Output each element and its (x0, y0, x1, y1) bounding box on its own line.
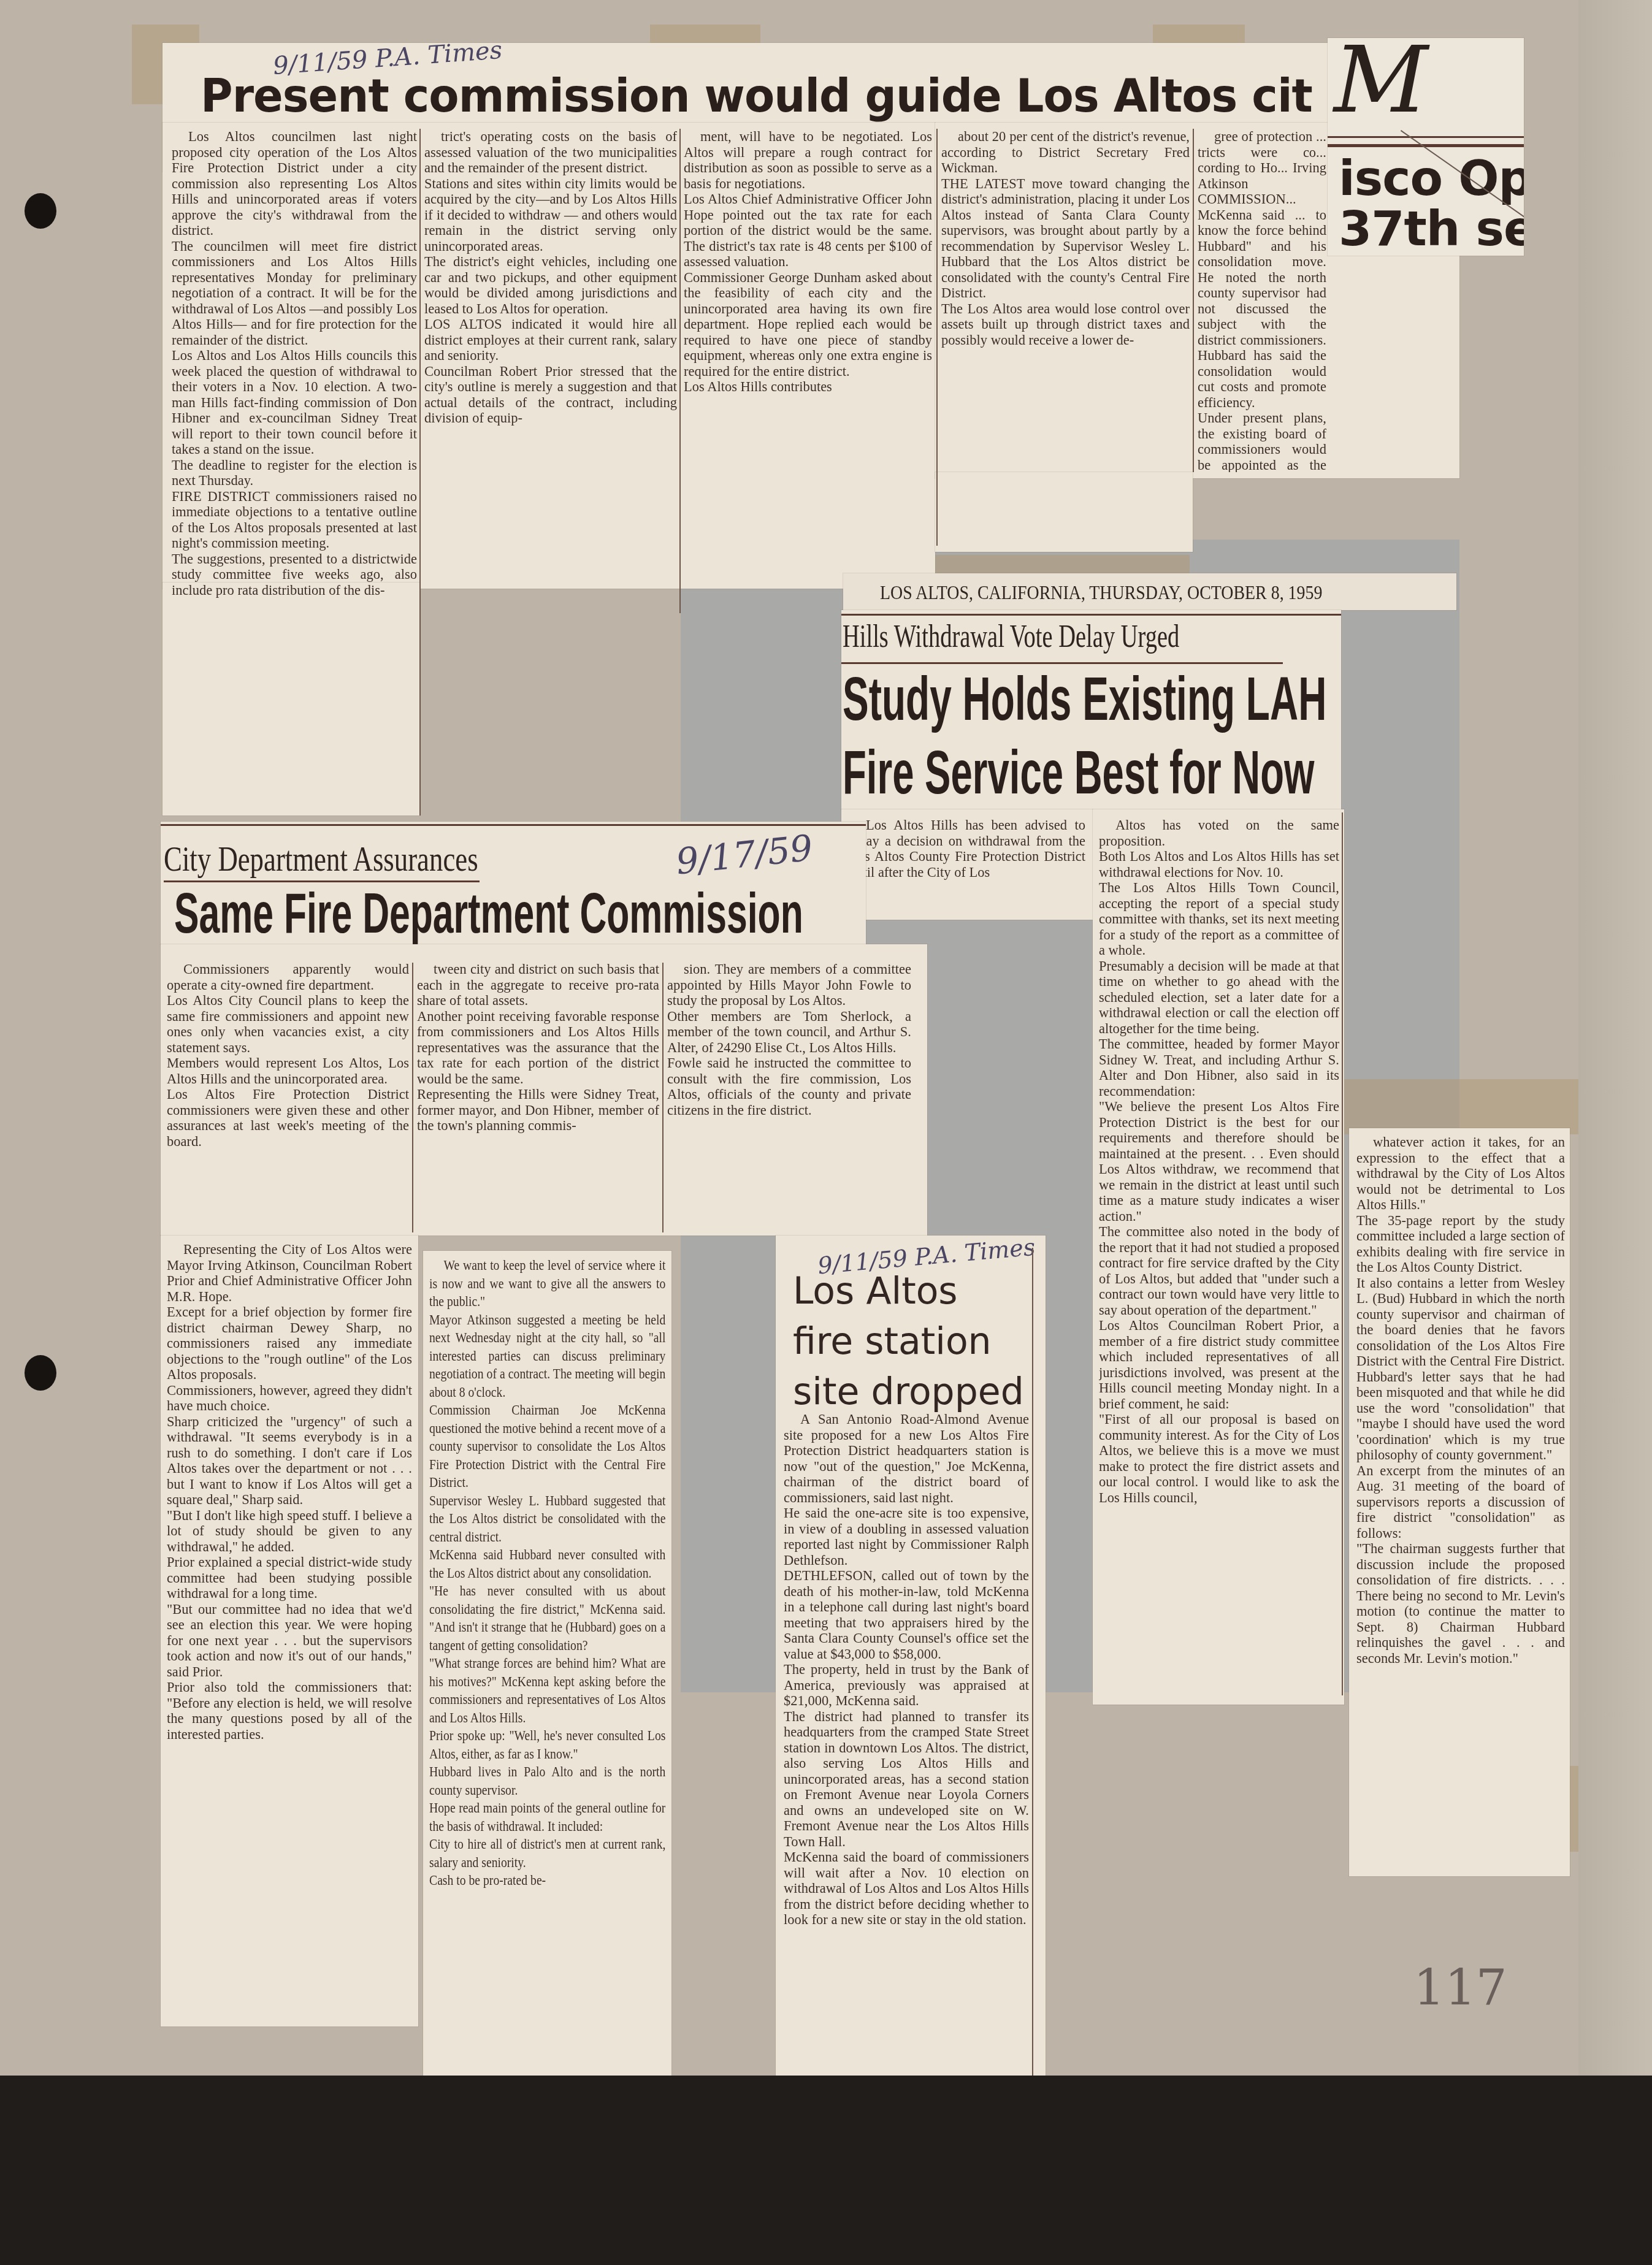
clipping-study-holds-header: Hills Withdrawal Vote Delay Urged Study … (841, 610, 1341, 809)
article-column: whatever action it takes, for an express… (1356, 1134, 1565, 1870)
masthead-letter: M (1334, 38, 1428, 134)
page-number: 117 (1413, 1959, 1507, 2016)
article-column: tween city and district on such basis th… (417, 961, 659, 1231)
article-column: trict's operating costs on the basis of … (424, 129, 677, 613)
article-intro: Los Altos Hills has been advised to dela… (849, 817, 1085, 915)
article-column: ment, will have to be negotiated. Los Al… (684, 129, 932, 546)
table-surface (0, 2076, 1652, 2265)
column-rule (1193, 129, 1194, 472)
headline: Same Fire Department Commission (174, 883, 803, 944)
article-column: about 20 per cent of the district's reve… (941, 129, 1190, 472)
column-rule (1342, 812, 1343, 1695)
deck-headline: City Department Assurances (164, 840, 478, 879)
headline: Present commission would guide Los Altos… (201, 69, 1312, 124)
binder-hole (25, 193, 56, 229)
column-rule (662, 963, 663, 1232)
article-column: Altos has voted on the same proposition.… (1099, 817, 1339, 1697)
headline-line: Fire Service Best for Now (843, 739, 1314, 806)
headline-rule (161, 824, 866, 826)
binder-hole (25, 1355, 56, 1391)
article-column: gree of protection ... tricts were co...… (1198, 129, 1326, 472)
article-column: Commissioners apparently would operate a… (167, 961, 409, 1231)
headline-line: Los Altos (793, 1266, 1024, 1316)
dateline-strip: LOS ALTOS, CALIFORNIA, THURSDAY, OCTOBER… (843, 573, 1456, 610)
column-rule (412, 963, 413, 1232)
dateline: LOS ALTOS, CALIFORNIA, THURSDAY, OCTOBER… (880, 582, 1322, 604)
headline: Los Altos fire station site dropped (793, 1266, 1024, 1417)
handwritten-date: 9/17/59 (674, 827, 814, 883)
deck-headline: Hills Withdrawal Vote Delay Urged (843, 619, 1179, 655)
headline-line: site dropped (793, 1367, 1024, 1417)
headline-line: Study Holds Existing LAH (843, 665, 1326, 733)
headline-line: fire station (793, 1316, 1024, 1367)
clipping-partial-opera: M isco Op 37th se (1328, 38, 1524, 256)
scrapbook-page: 9/11/59 P.A. Times Present commission wo… (0, 0, 1652, 2079)
column-rule (936, 129, 938, 546)
clipping-present-commission-body-d (935, 472, 1193, 552)
clipping-same-commission-header: City Department Assurances 9/17/59 Same … (161, 822, 866, 944)
article-column: Los Altos councilmen last night proposed… (172, 129, 417, 815)
tape (1337, 1079, 1619, 1134)
masthead-rule (1328, 136, 1524, 138)
column-rule (419, 129, 421, 815)
article-column: sion. They are members of a committee ap… (667, 961, 911, 1231)
headline-rule (841, 662, 1283, 664)
column-rule (679, 129, 681, 613)
headline-rule (841, 614, 1341, 616)
headline-line: 37th se (1339, 204, 1524, 255)
article-column: Representing the City of Los Altos were … (167, 1242, 412, 2020)
